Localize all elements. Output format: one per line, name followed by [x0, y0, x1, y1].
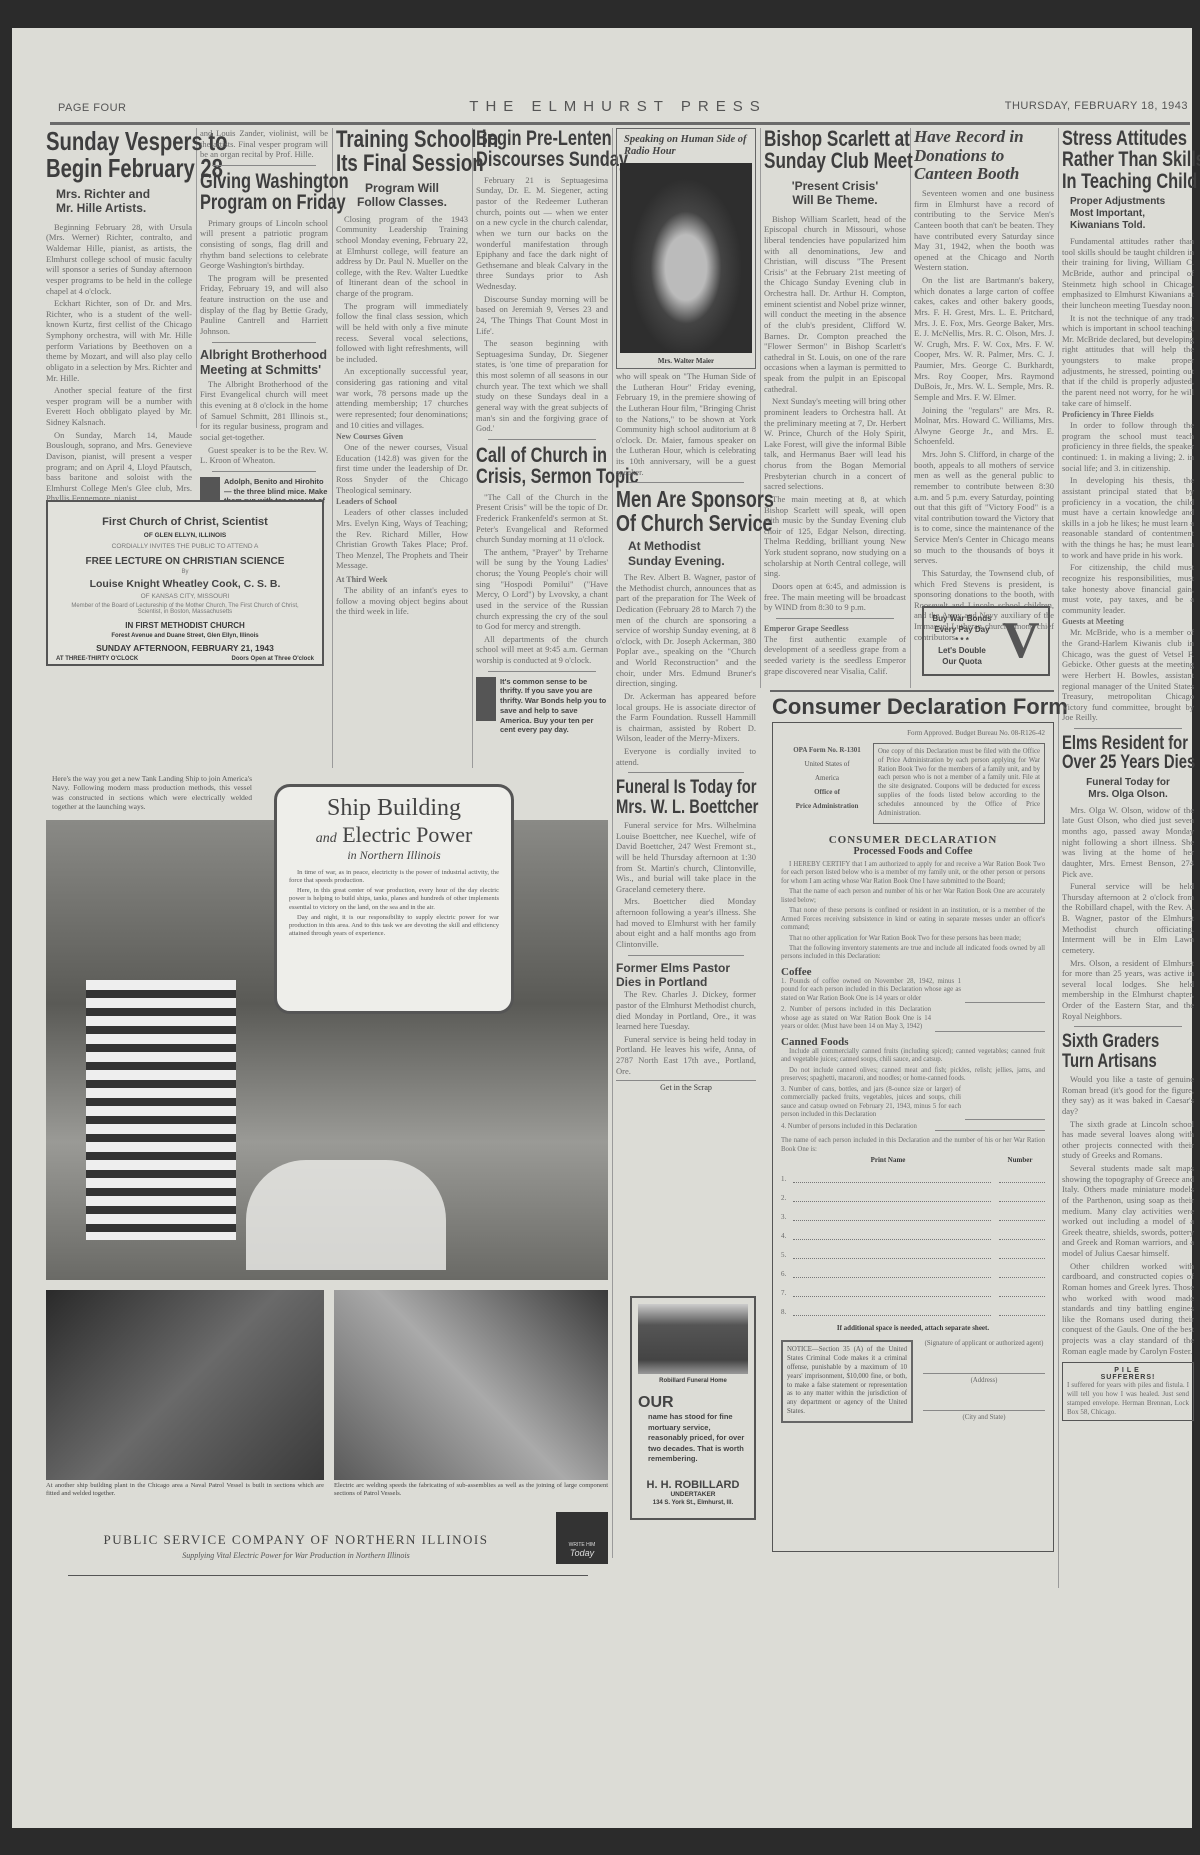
- ship-building-ad: Here's the way you get a new Tank Landin…: [46, 770, 608, 1530]
- form-title: Consumer Declaration Form: [772, 694, 1068, 720]
- masthead: PAGE FOUR THE ELMHURST PRESS THURSDAY, F…: [48, 98, 1188, 120]
- name-field[interactable]: [793, 1220, 991, 1221]
- patrol-vessel-photo: [46, 1290, 324, 1480]
- column-5: Speaking on Human Side of Radio Hour Mrs…: [616, 128, 756, 1092]
- column-8: Stress Attitudes Rather Than Skills In T…: [1062, 128, 1194, 1421]
- issue-date: THURSDAY, FEBRUARY 18, 1943: [1005, 100, 1188, 112]
- number-field[interactable]: [999, 1296, 1045, 1297]
- number-field[interactable]: [999, 1239, 1045, 1240]
- name-field[interactable]: [793, 1277, 991, 1278]
- headline: Training School in Its Final Session: [336, 128, 467, 177]
- headline: Bishop Scarlett at Sunday Club Meet: [764, 128, 906, 173]
- headline-funeral-boettcher: Funeral Is Today for Mrs. W. L. Boettche…: [616, 778, 755, 817]
- masthead-rule: [50, 122, 1190, 125]
- article-body: Fundamental attitudes rather than tool s…: [1062, 236, 1194, 723]
- deck: At Methodist Sunday Evening.: [628, 539, 756, 568]
- address-field[interactable]: [923, 1384, 1045, 1411]
- headline-elms-resident: Elms Resident for Over 25 Years Dies: [1062, 734, 1195, 773]
- coffee-persons-field[interactable]: [935, 1031, 1045, 1032]
- table-row: 3.: [781, 1202, 1045, 1221]
- agency-block: OPA Form No. R-1301 United States of Ame…: [781, 743, 873, 824]
- name-field[interactable]: [793, 1239, 991, 1240]
- name-field[interactable]: [793, 1201, 991, 1202]
- table-row: 8.: [781, 1297, 1045, 1316]
- portrait-photo: [620, 163, 752, 353]
- column-divider: [910, 128, 911, 688]
- write-him-today-badge: WRITE HIM Today: [556, 1512, 608, 1564]
- photo-caption: At another ship building plant in the Ch…: [46, 1482, 324, 1498]
- headline-washington: Giving Washington Program on Friday: [200, 171, 325, 214]
- victory-v-icon: V: [1002, 615, 1040, 667]
- scrap-slogan: Get in the Scrap: [616, 1080, 756, 1092]
- legal-notice: NOTICE—Section 35 (A) of the United Stat…: [781, 1340, 913, 1423]
- robillard-funeral-ad: Robillard Funeral Home OUR name has stoo…: [630, 1296, 756, 1520]
- canned-persons-field[interactable]: [935, 1130, 1045, 1131]
- column-4: Begin Pre-Lenten Discourses Sunday Febru…: [476, 128, 608, 735]
- table-row: 4.: [781, 1221, 1045, 1240]
- deck: Mrs. Richter and Mr. Hille Artists.: [56, 187, 192, 216]
- number-field[interactable]: [999, 1258, 1045, 1259]
- deck: Funeral Today for Mrs. Olga Olson.: [1062, 777, 1194, 801]
- photo-box: Speaking on Human Side of Radio Hour Mrs…: [616, 128, 756, 369]
- headline-men-sponsors: Men Are Sponsors Of Church Service: [616, 488, 755, 535]
- article-training-school: Training School in Its Final Session Pro…: [336, 128, 468, 619]
- article-body: Funeral service for Mrs. Wilhelmina Loui…: [616, 820, 756, 950]
- headline-pre-lenten: Begin Pre-Lenten Discourses Sunday: [476, 128, 607, 171]
- article-sunday-vespers: Sunday Vespers to Begin February 28 Mrs.…: [46, 128, 192, 506]
- ad-bottom-rule: [68, 1575, 588, 1576]
- names-table: 1. 2. 3. 4. 5. 6. 7. 8.: [781, 1164, 1045, 1316]
- table-row: 7.: [781, 1278, 1045, 1297]
- name-field[interactable]: [793, 1315, 991, 1316]
- article-bishop-scarlett: Bishop Scarlett at Sunday Club Meet 'Pre…: [764, 128, 906, 676]
- headline-stress-attitudes: Stress Attitudes Rather Than Skills In T…: [1062, 128, 1195, 192]
- deck: Proper Adjustments Most Important, Kiwan…: [1070, 196, 1194, 232]
- number-field[interactable]: [999, 1182, 1045, 1183]
- number-field[interactable]: [999, 1277, 1045, 1278]
- signature-field[interactable]: [923, 1347, 1045, 1374]
- ad-intro: Here's the way you get a new Tank Landin…: [52, 774, 252, 812]
- table-row: 2.: [781, 1183, 1045, 1202]
- column-divider: [612, 128, 613, 1558]
- photo-caption: Electric arc welding speeds the fabricat…: [334, 1482, 608, 1498]
- article-body: Would you like a taste of genuine Roman …: [1062, 1074, 1194, 1356]
- ad-headline-panel: Ship Building and Electric Power in Nort…: [274, 784, 514, 1014]
- article-body: Primary groups of Lincoln school will pr…: [200, 218, 328, 337]
- article-body: The first authentic example of developme…: [764, 634, 906, 677]
- smoke: [246, 1160, 446, 1270]
- number-field[interactable]: [999, 1220, 1045, 1221]
- soldier-flag-icon: [476, 677, 496, 721]
- table-row: 1.: [781, 1164, 1045, 1183]
- article-body: The Rev. Albert B. Wagner, pastor of the…: [616, 572, 756, 767]
- deck: Program Will Follow Classes.: [336, 181, 468, 210]
- certification: I HEREBY CERTIFY that I am authorized to…: [781, 861, 1045, 962]
- article-body: Seventeen women and one business firm in…: [914, 188, 1054, 642]
- ship-hull: [86, 980, 236, 1240]
- column-divider: [472, 128, 473, 768]
- funeral-home-illustration: [638, 1304, 748, 1374]
- christian-science-lecture-ad: First Church of Christ, Scientist OF GLE…: [46, 500, 324, 666]
- canned-count-field[interactable]: [965, 1119, 1045, 1120]
- article-body: who will speak on "The Human Side of the…: [616, 371, 756, 477]
- coffee-pounds-field[interactable]: [965, 1002, 1045, 1003]
- article-body: The Rev. Charles J. Dickey, former pasto…: [616, 989, 756, 1076]
- article-canteen-booth: Have Record in Donations to Canteen Boot…: [914, 128, 1054, 644]
- company-signature: PUBLIC SERVICE COMPANY OF NORTHERN ILLIN…: [46, 1532, 546, 1560]
- vespers-continued: and Louis Zander, violinist, will be the…: [200, 128, 328, 160]
- coffee-items: 1. Pounds of coffee owned on November 28…: [781, 978, 1045, 1032]
- headline-call-of-church: Call of Church in Crisis, Sermon Topic: [476, 445, 607, 488]
- headline-albright: Albright Brotherhood Meeting at Schmitts…: [200, 348, 328, 379]
- consumer-declaration-form: Form Approved. Budget Bureau No. 08-R126…: [772, 722, 1054, 1552]
- number-field[interactable]: [999, 1201, 1045, 1202]
- column-divider: [760, 128, 761, 688]
- article-body: Bishop William Scarlett, head of the Epi…: [764, 214, 906, 613]
- headline: Have Record in Donations to Canteen Boot…: [914, 128, 1054, 184]
- article-body: February 21 is Septuagesima Sunday, Dr. …: [476, 175, 608, 434]
- deck: 'Present Crisis' Will Be Theme.: [764, 179, 906, 208]
- welding-photo: [334, 1290, 608, 1480]
- article-body: The Albright Brotherhood of the First Ev…: [200, 379, 328, 466]
- number-field[interactable]: [999, 1315, 1045, 1316]
- bond-ad: It's common sense to be thrifty. If you …: [476, 677, 608, 736]
- pile-sufferers-ad: PILE SUFFERERS! I suffered for years wit…: [1062, 1362, 1194, 1421]
- article-body: "The Call of the Church in the Present C…: [476, 492, 608, 666]
- table-row: 6.: [781, 1259, 1045, 1278]
- table-row: 5.: [781, 1240, 1045, 1259]
- column-2: and Louis Zander, violinist, will be the…: [200, 128, 328, 526]
- article-body: Closing program of the 1943 Community Le…: [336, 214, 468, 617]
- headline-sixth-graders: Sixth Graders Turn Artisans: [1062, 1032, 1195, 1071]
- filing-instructions: One copy of this Declaration must be fil…: [873, 743, 1045, 824]
- name-field[interactable]: [793, 1258, 991, 1259]
- name-field[interactable]: [793, 1296, 991, 1297]
- war-bonds-ad: Buy War Bonds Every Pay Day * * * Let's …: [922, 606, 1050, 676]
- canned-items: Include all commercially canned fruits (…: [781, 1048, 1045, 1131]
- article-body: Mrs. Olga W. Olson, widow of the late Gu…: [1062, 805, 1194, 1022]
- article-body: Beginning February 28, with Ursula (Mrs.…: [46, 222, 192, 504]
- name-field[interactable]: [793, 1182, 991, 1183]
- headline-former-pastor: Former Elms Pastor Dies in Portland: [616, 961, 756, 990]
- column-divider: [1058, 128, 1059, 1588]
- headline: Sunday Vespers to Begin February 28: [46, 128, 194, 181]
- column-divider: [332, 128, 333, 768]
